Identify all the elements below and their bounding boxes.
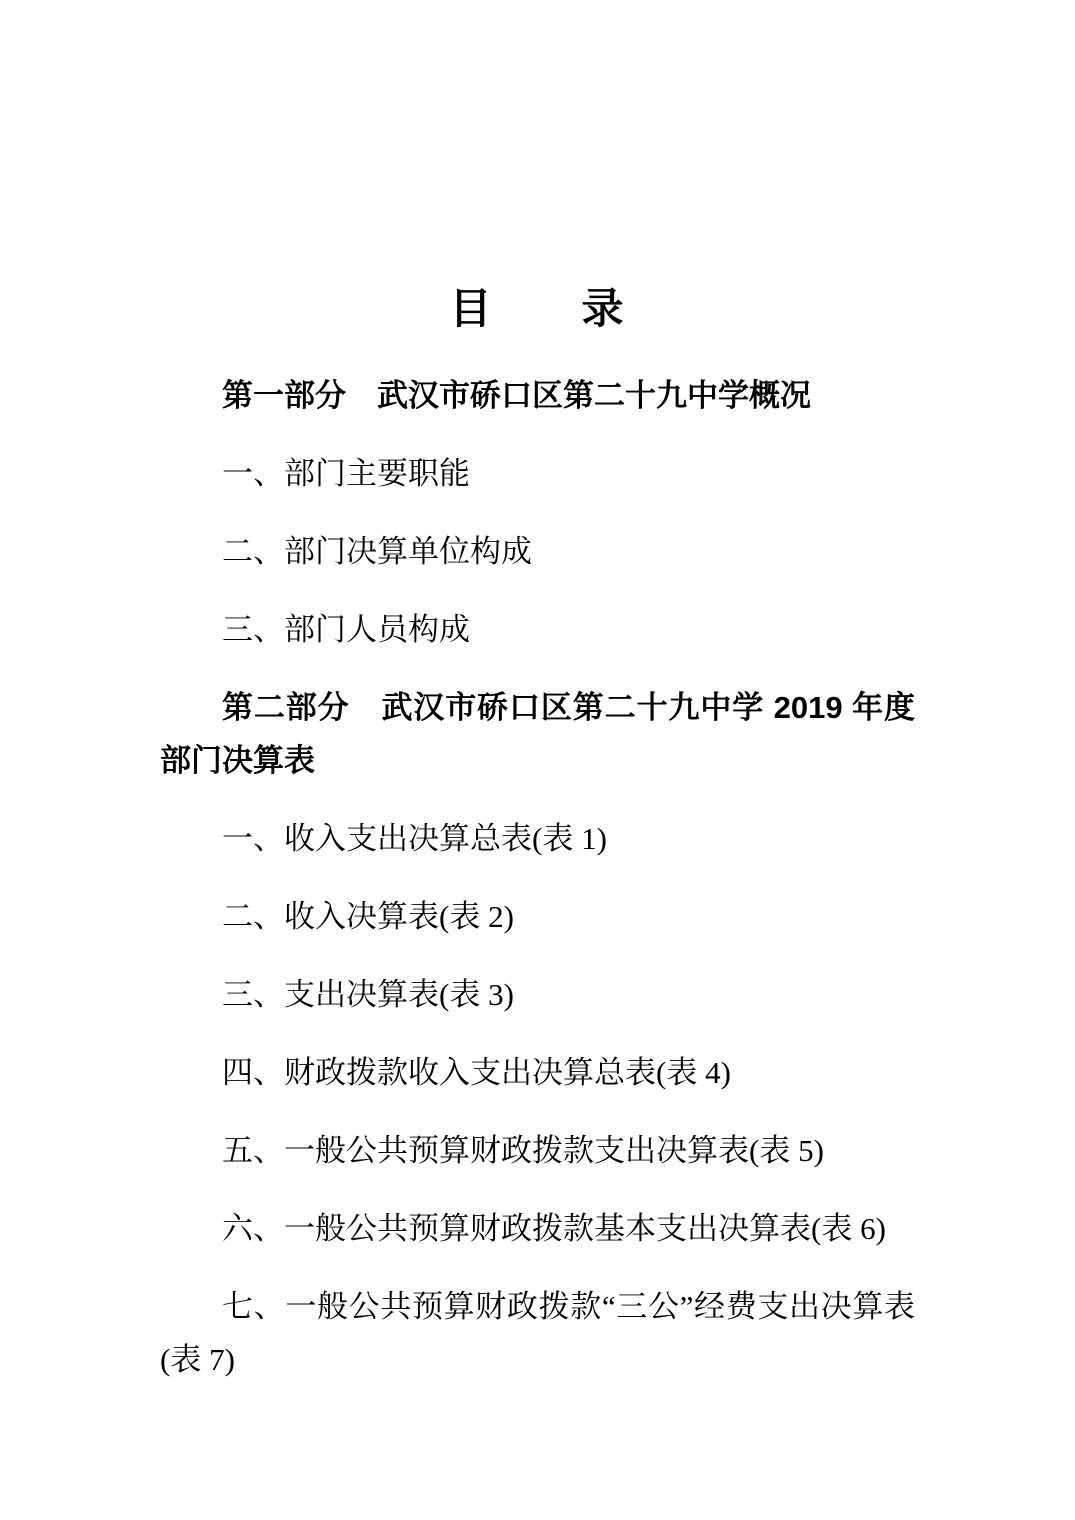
toc-part2-item-3: 三、支出决算表(表 3)	[160, 968, 915, 1021]
toc-part1-item-2: 二、部门决算单位构成	[160, 525, 915, 578]
toc-part2-item-5: 五、一般公共预算财政拨款支出决算表(表 5)	[160, 1124, 915, 1177]
toc-part2-item-2: 二、收入决算表(表 2)	[160, 890, 915, 943]
toc-part1-item-1: 一、部门主要职能	[160, 447, 915, 500]
toc-part2-item-1: 一、收入支出决算总表(表 1)	[160, 812, 915, 865]
document-page: 目 录 第一部分 武汉市硚口区第二十九中学概况 一、部门主要职能 二、部门决算单…	[0, 0, 1075, 1520]
toc-part1-item-3: 三、部门人员构成	[160, 603, 915, 656]
toc-part2-item-7: 七、一般公共预算财政拨款“三公”经费支出决算表(表 7)	[160, 1280, 915, 1386]
table-of-contents: 第一部分 武汉市硚口区第二十九中学概况 一、部门主要职能 二、部门决算单位构成 …	[160, 369, 915, 1386]
toc-part1-heading: 第一部分 武汉市硚口区第二十九中学概况	[160, 369, 915, 422]
toc-part2-item-4: 四、财政拨款收入支出决算总表(表 4)	[160, 1046, 915, 1099]
toc-part2-heading: 第二部分 武汉市硚口区第二十九中学 2019 年度部门决算表	[160, 681, 915, 787]
toc-part2-item-6: 六、一般公共预算财政拨款基本支出决算表(表 6)	[160, 1202, 915, 1255]
page-title: 目 录	[160, 283, 915, 335]
